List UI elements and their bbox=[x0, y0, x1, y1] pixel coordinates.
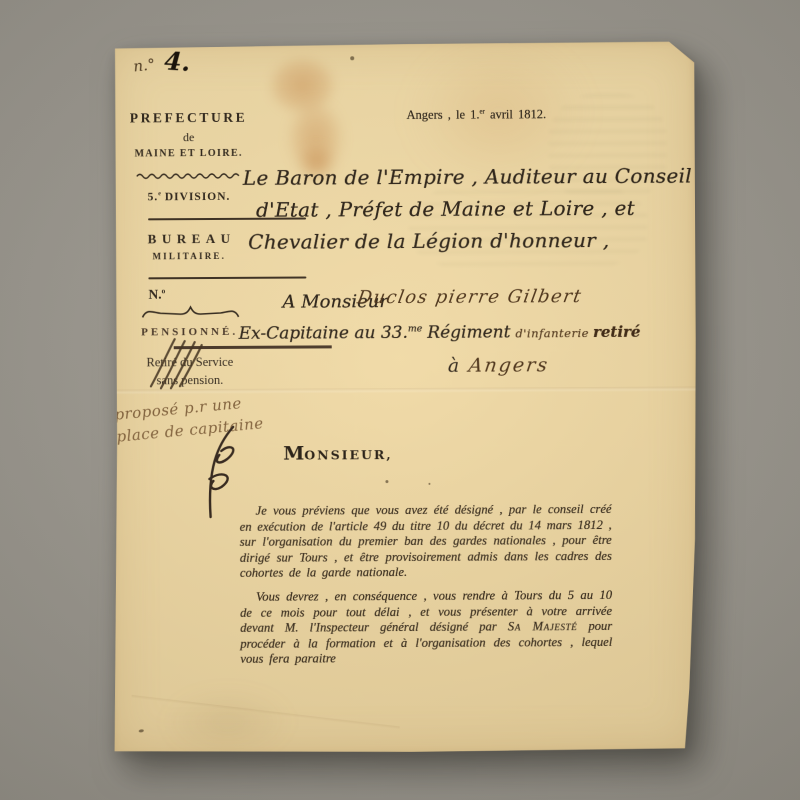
photo-background: n.° 4. PREFECTURE de MAINE ET LOIRE. 5.e… bbox=[0, 0, 800, 800]
paper-wrap: n.° 4. PREFECTURE de MAINE ET LOIRE. 5.e… bbox=[109, 40, 698, 755]
handwritten-file-number: n.° 4. bbox=[133, 47, 190, 76]
folded-corner bbox=[657, 40, 694, 67]
salutation-initial: M bbox=[283, 443, 304, 465]
ink-stain bbox=[278, 88, 353, 188]
body-p2-majesty: Sa Majesté bbox=[508, 619, 577, 633]
retired-line2: sans pension. bbox=[111, 373, 269, 389]
divider-rule bbox=[148, 277, 306, 280]
dateline-prefix: Angers , le 1. bbox=[406, 108, 479, 122]
number-field-label: N.o bbox=[148, 286, 306, 303]
dateline: Angers , le 1.er avril 1812. bbox=[406, 107, 546, 123]
salutation: MONSIEUR, bbox=[283, 442, 393, 465]
letterhead: PREFECTURE de MAINE ET LOIRE. 5.e DIVISI… bbox=[109, 43, 267, 44]
division-number: 5. bbox=[147, 191, 158, 203]
ink-speck bbox=[428, 483, 430, 485]
letter-document: n.° 4. PREFECTURE de MAINE ET LOIRE. 5.e… bbox=[109, 40, 698, 755]
file-number-value: 4. bbox=[163, 46, 191, 77]
city-name: Angers bbox=[468, 354, 551, 376]
arm-text: d'infanterie bbox=[515, 326, 589, 340]
margin-note-line2: place de capitaine bbox=[116, 408, 307, 447]
body-paragraph-2: Vous devrez , en conséquence , vous rend… bbox=[240, 588, 612, 668]
number-label: N. bbox=[148, 287, 161, 302]
margin-note: proposé p.r une place de capitaine bbox=[113, 386, 306, 447]
margin-note-line1: proposé p.r une bbox=[113, 386, 304, 425]
bureau-label: BUREAU bbox=[110, 231, 268, 248]
city-at: à bbox=[448, 355, 459, 377]
strikethrough-marks bbox=[147, 336, 305, 391]
status-text: retiré bbox=[593, 323, 641, 341]
dateline-sup: er bbox=[479, 108, 484, 115]
retired-line1: Retiré du Service bbox=[111, 355, 269, 371]
wavy-rule-ornament bbox=[136, 171, 294, 180]
sender-title-line1: Le Baron de l'Empire , Auditeur au Conse… bbox=[243, 163, 692, 189]
signature-paraph bbox=[183, 425, 248, 521]
pensionne-stamp: PENSIONNÉ. bbox=[111, 326, 269, 339]
ink-speck bbox=[139, 729, 144, 732]
addressee-to-label: A Monsieur bbox=[282, 291, 388, 313]
regiment-text: Régiment bbox=[427, 322, 510, 342]
stamp-rule bbox=[174, 345, 332, 348]
department-name: MAINE ET LOIRE. bbox=[110, 148, 268, 160]
dateline-suffix: avril 1812. bbox=[485, 107, 546, 121]
grime-stain bbox=[142, 678, 312, 765]
salutation-rest: ONSIEUR, bbox=[304, 447, 392, 462]
bleedthrough-text bbox=[409, 179, 647, 275]
sender-title-line3: Chevalier de la Légion d'honneur , bbox=[248, 228, 609, 254]
addressee-name: Duclos pierre Gilbert bbox=[356, 286, 584, 308]
ink-stain bbox=[289, 134, 345, 190]
prefecture-title: PREFECTURE bbox=[109, 110, 267, 127]
brace-ornament bbox=[141, 304, 299, 320]
division-label: 5.e DIVISION. bbox=[110, 190, 268, 204]
bleedthrough-text bbox=[548, 94, 667, 203]
division-sup: e bbox=[158, 190, 161, 197]
bureau-militaire-label: MILITAIRE. bbox=[110, 251, 268, 262]
rank-sup: me bbox=[408, 323, 422, 334]
sender-title-line2: d'Etat , Préfet de Maine et Loire , et bbox=[256, 196, 635, 222]
division-word: DIVISION. bbox=[165, 191, 231, 203]
ink-stain bbox=[256, 46, 348, 124]
body-p2-after: pour procéder à la formation et à l'orga… bbox=[240, 619, 612, 666]
fold-crease bbox=[111, 386, 696, 394]
number-label-sup: o bbox=[162, 286, 166, 295]
addressee-rank-line: Ex-Capitaine au 33.meRégimentd'infanteri… bbox=[239, 322, 641, 344]
file-number-prefix: n.° bbox=[132, 55, 156, 75]
divider-rule bbox=[148, 218, 306, 221]
body-paragraph-1: Je vous préviens que vous avez été désig… bbox=[240, 502, 612, 582]
addressee-city-line: àAngers bbox=[448, 354, 550, 377]
body-p2-before: Vous devrez , en conséquence , vous rend… bbox=[240, 588, 612, 635]
letter-body: Je vous préviens que vous avez été désig… bbox=[240, 502, 613, 676]
prefecture-de: de bbox=[110, 130, 268, 146]
ink-speck bbox=[385, 480, 388, 483]
rank-text: Ex-Capitaine au 33. bbox=[239, 323, 408, 344]
faint-stain bbox=[378, 17, 619, 208]
fold-crease bbox=[131, 695, 400, 729]
ink-speck bbox=[350, 56, 354, 60]
